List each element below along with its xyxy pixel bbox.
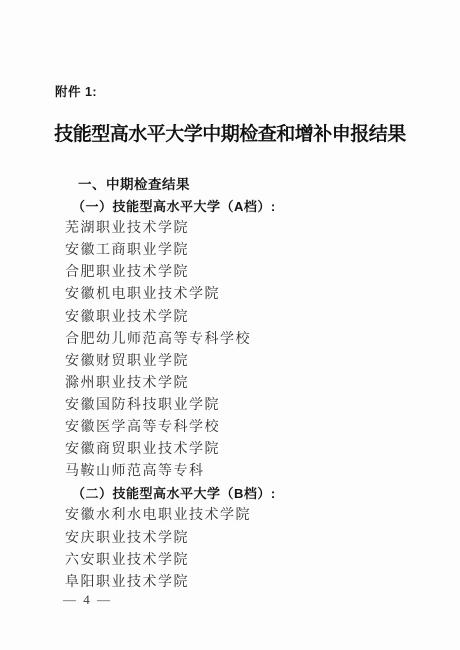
list-item: 安徽医学高等专科学校: [65, 417, 444, 439]
list-item: 合肥幼儿师范高等专科学校: [65, 329, 444, 351]
group-b-heading: （二）技能型高水平大学（B档）:: [72, 483, 444, 505]
list-item: 马鞍山师范高等专科: [65, 461, 444, 483]
list-item: 阜阳职业技术学院: [65, 572, 444, 594]
list-item: 安徽商贸职业技术学院: [65, 439, 444, 461]
list-item: 合肥职业技术学院: [65, 262, 444, 284]
list-item: 安徽机电职业技术学院: [65, 284, 444, 306]
section-heading-midterm-results: 一、中期检查结果: [78, 174, 444, 196]
list-item: 芜湖职业技术学院: [65, 218, 444, 240]
group-a-heading: （一）技能型高水平大学（A档）:: [72, 196, 444, 218]
list-item: 安庆职业技术学院: [65, 528, 444, 550]
document-page: 附件 1: 技能型高水平大学中期检查和增补申报结果 一、中期检查结果 （一）技能…: [0, 0, 460, 650]
list-item: 安徽工商职业学院: [65, 240, 444, 262]
list-item: 安徽国防科技职业学院: [65, 395, 444, 417]
list-item: 滁州职业技术学院: [65, 373, 444, 395]
list-item: 安徽财贸职业学院: [65, 351, 444, 373]
list-item: 六安职业技术学院: [65, 550, 444, 572]
list-item: 安徽职业技术学院: [65, 307, 444, 329]
page-number: — 4 —: [63, 592, 112, 608]
attachment-label: 附件 1:: [55, 82, 97, 100]
document-body: 一、中期检查结果 （一）技能型高水平大学（A档）: 芜湖职业技术学院 安徽工商职…: [65, 174, 444, 594]
list-item: 安徽水利水电职业技术学院: [65, 505, 444, 527]
document-title: 技能型高水平大学中期检查和增补申报结果: [0, 119, 460, 146]
